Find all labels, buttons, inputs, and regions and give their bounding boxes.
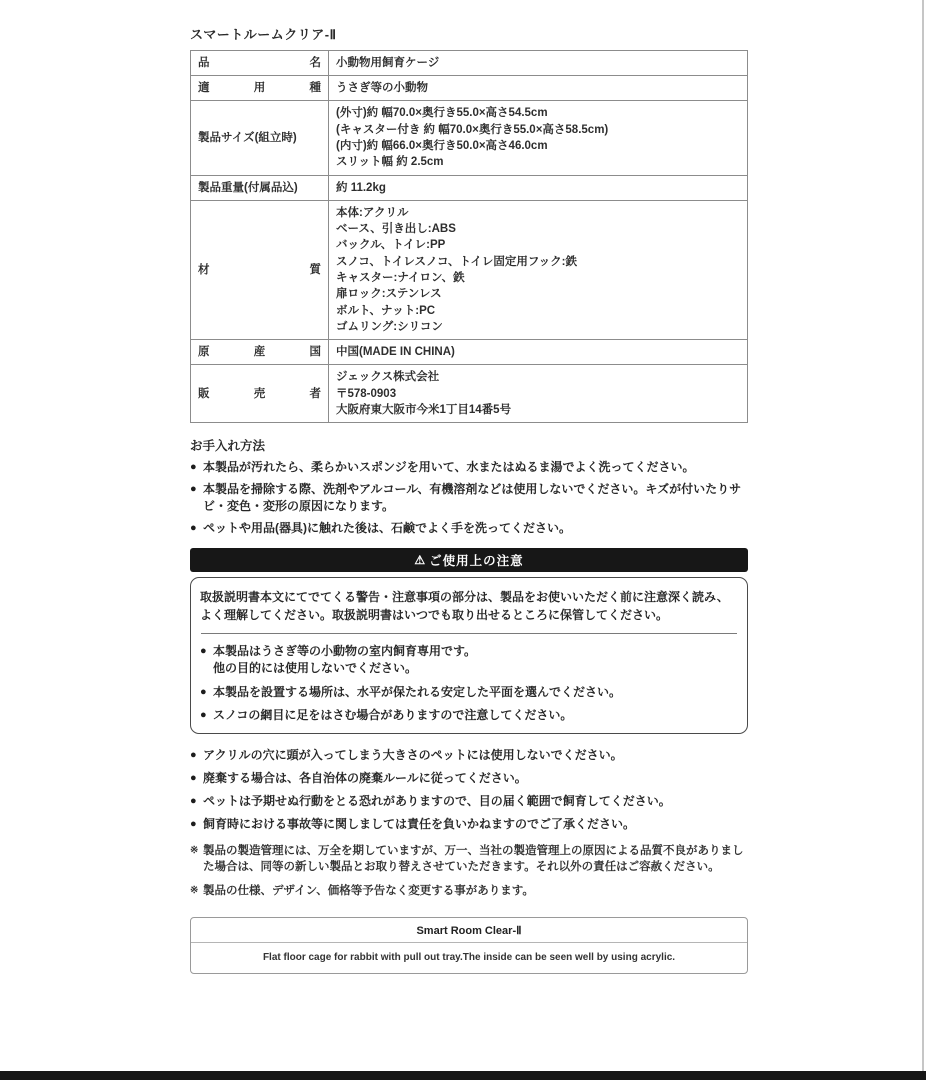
spec-label-size: 製品サイズ(組立時) [191,101,329,175]
table-row: 製品サイズ(組立時) (外寸)約 幅70.0×奥行き55.0×高さ54.5cm … [191,101,748,175]
spec-value-origin: 中国(MADE IN CHINA) [329,340,748,365]
list-item: ● ペットや用品(器具)に触れた後は、石鹸でよく手を洗ってください。 [190,520,748,537]
spec-label-origin: 原産国 [191,340,329,365]
caution-item-text: 廃棄する場合は、各自治体の廃棄ルールに従ってください。 [203,770,748,787]
document-page: スマートルームクリア-Ⅱ 品名 小動物用飼育ケージ 適用種 うさぎ等の小動物 製… [0,0,926,1080]
list-item: ● ペットは予期せぬ行動をとる恐れがありますので、目の届く範囲で飼育してください… [190,793,748,810]
warning-header: ⚠ ご使用上の注意 [190,548,748,572]
list-item: ● 本製品を掃除する際、洗剤やアルコール、有機溶剤などは使用しないでください。キ… [190,481,748,515]
care-item-text: 本製品が汚れたら、柔らかいスポンジを用いて、水またはぬるま湯でよく洗ってください… [203,459,748,476]
bullet-icon: ● [200,684,213,701]
material-line: 扉ロック:ステンレス [336,286,740,302]
seller-line: ジェックス株式会社 [336,369,740,385]
list-item: ● 本製品を設置する場所は、水平が保たれる安定した平面を選んでください。 [200,684,738,701]
size-line: スリット幅 約 2.5cm [336,154,740,170]
seller-line: 〒578-0903 [336,386,740,402]
material-line: キャスター:ナイロン、鉄 [336,270,740,286]
note-mark-icon: ※ [190,883,203,899]
list-item: ● 飼育時における事故等に関しましては責任を負いかねますのでご了承ください。 [190,816,748,833]
warning-triangle-icon: ⚠ [414,553,426,567]
disclaimer-text: 製品の製造管理には、万全を期していますが、万一、当社の製造管理上の原因による品質… [203,843,748,876]
seller-line: 大阪府東大阪市今米1丁目14番5号 [336,402,740,418]
warning-item-text: 本製品はうさぎ等の小動物の室内飼育専用です。 他の目的には使用しないでください。 [213,643,738,677]
bullet-icon: ● [190,520,203,537]
bullet-icon: ● [190,481,203,498]
bullet-icon: ● [190,816,203,833]
warning-box: 取扱説明書本文にてでてくる警告・注意事項の部分は、製品をお使いいただく前に注意深… [190,577,748,733]
warning-intro: 取扱説明書本文にてでてくる警告・注意事項の部分は、製品をお使いいただく前に注意深… [200,588,738,624]
spec-value-product-name: 小動物用飼育ケージ [329,51,748,76]
size-line: (内寸)約 幅66.0×奥行き50.0×高さ46.0cm [336,138,740,154]
table-row: 適用種 うさぎ等の小動物 [191,76,748,101]
size-line: (外寸)約 幅70.0×奥行き55.0×高さ54.5cm [336,105,740,121]
page-edge-line [922,0,924,1080]
table-row: 材質 本体:アクリル ベース、引き出し:ABS バックル、トイレ:PP スノコ、… [191,200,748,340]
material-line: ゴムリング:シリコン [336,319,740,335]
spec-sheet: スマートルームクリア-Ⅱ 品名 小動物用飼育ケージ 適用種 うさぎ等の小動物 製… [190,24,748,974]
spec-value-weight: 約 11.2kg [329,175,748,200]
list-item: ※ 製品の仕様、デザイン、価格等予告なく変更する事があります。 [190,883,748,900]
disclaimer-text: 製品の仕様、デザイン、価格等予告なく変更する事があります。 [203,883,748,900]
spec-label-species: 適用種 [191,76,329,101]
material-line: 本体:アクリル [336,205,740,221]
caution-item-text: 飼育時における事故等に関しましては責任を負いかねますのでご了承ください。 [203,816,748,833]
list-item: ※ 製品の製造管理には、万全を期していますが、万一、当社の製造管理上の原因による… [190,843,748,876]
spec-value-species: うさぎ等の小動物 [329,76,748,101]
divider [201,633,737,634]
caution-list: ● アクリルの穴に頭が入ってしまう大きさのペットには使用しないでください。 ● … [190,747,748,833]
bullet-icon: ● [190,459,203,476]
bullet-icon: ● [200,707,213,724]
spec-value-size: (外寸)約 幅70.0×奥行き55.0×高さ54.5cm (キャスター付き 約 … [329,101,748,175]
list-item: ● アクリルの穴に頭が入ってしまう大きさのペットには使用しないでください。 [190,747,748,764]
bullet-icon: ● [190,793,203,810]
warning-item-text: スノコの網目に足をはさむ場合がありますので注意してください。 [213,707,738,724]
warning-item-line: 他の目的には使用しないでください。 [213,660,738,677]
product-name-box: Smart Room Clear-Ⅱ Flat floor cage for r… [190,917,748,974]
list-item: ● 本製品はうさぎ等の小動物の室内飼育専用です。 他の目的には使用しないでくださ… [200,643,738,677]
spec-label-seller: 販売者 [191,365,329,423]
material-line: ボルト、ナット:PC [336,303,740,319]
bullet-icon: ● [190,747,203,764]
product-series-title: スマートルームクリア-Ⅱ [190,24,748,43]
care-item-text: ペットや用品(器具)に触れた後は、石鹸でよく手を洗ってください。 [203,520,748,537]
list-item: ● 廃棄する場合は、各自治体の廃棄ルールに従ってください。 [190,770,748,787]
size-line: (キャスター付き 約 幅70.0×奥行き55.0×高さ58.5cm) [336,122,740,138]
product-name-english: Smart Room Clear-Ⅱ [191,918,747,942]
table-row: 販売者 ジェックス株式会社 〒578-0903 大阪府東大阪市今米1丁目14番5… [191,365,748,423]
table-row: 製品重量(付属品込) 約 11.2kg [191,175,748,200]
care-heading: お手入れ方法 [190,436,748,454]
bullet-icon: ● [200,643,213,660]
care-section: お手入れ方法 ● 本製品が汚れたら、柔らかいスポンジを用いて、水またはぬるま湯で… [190,436,748,537]
caution-item-text: ペットは予期せぬ行動をとる恐れがありますので、目の届く範囲で飼育してください。 [203,793,748,810]
table-row: 品名 小動物用飼育ケージ [191,51,748,76]
table-row: 原産国 中国(MADE IN CHINA) [191,340,748,365]
warning-header-label: ご使用上の注意 [429,551,524,569]
care-item-text: 本製品を掃除する際、洗剤やアルコール、有機溶剤などは使用しないでください。キズが… [203,481,748,515]
material-line: バックル、トイレ:PP [336,237,740,253]
list-item: ● スノコの網目に足をはさむ場合がありますので注意してください。 [200,707,738,724]
caution-item-text: アクリルの穴に頭が入ってしまう大きさのペットには使用しないでください。 [203,747,748,764]
spec-table: 品名 小動物用飼育ケージ 適用種 うさぎ等の小動物 製品サイズ(組立時) (外寸… [190,50,748,423]
warning-item-text: 本製品を設置する場所は、水平が保たれる安定した平面を選んでください。 [213,684,738,701]
spec-value-seller: ジェックス株式会社 〒578-0903 大阪府東大阪市今米1丁目14番5号 [329,365,748,423]
warning-item-line: 本製品はうさぎ等の小動物の室内飼育専用です。 [213,643,738,660]
disclaimer-list: ※ 製品の製造管理には、万全を期していますが、万一、当社の製造管理上の原因による… [190,843,748,900]
note-mark-icon: ※ [190,843,203,859]
list-item: ● 本製品が汚れたら、柔らかいスポンジを用いて、水またはぬるま湯でよく洗ってくだ… [190,459,748,476]
material-line: スノコ、トイレスノコ、トイレ固定用フック:鉄 [336,254,740,270]
bullet-icon: ● [190,770,203,787]
product-description-english: Flat floor cage for rabbit with pull out… [191,943,747,973]
spec-value-material: 本体:アクリル ベース、引き出し:ABS バックル、トイレ:PP スノコ、トイレ… [329,200,748,340]
spec-label-material: 材質 [191,200,329,340]
material-line: ベース、引き出し:ABS [336,221,740,237]
spec-label-weight: 製品重量(付属品込) [191,175,329,200]
spec-label-product-name: 品名 [191,51,329,76]
bottom-border-bar [0,1071,926,1080]
